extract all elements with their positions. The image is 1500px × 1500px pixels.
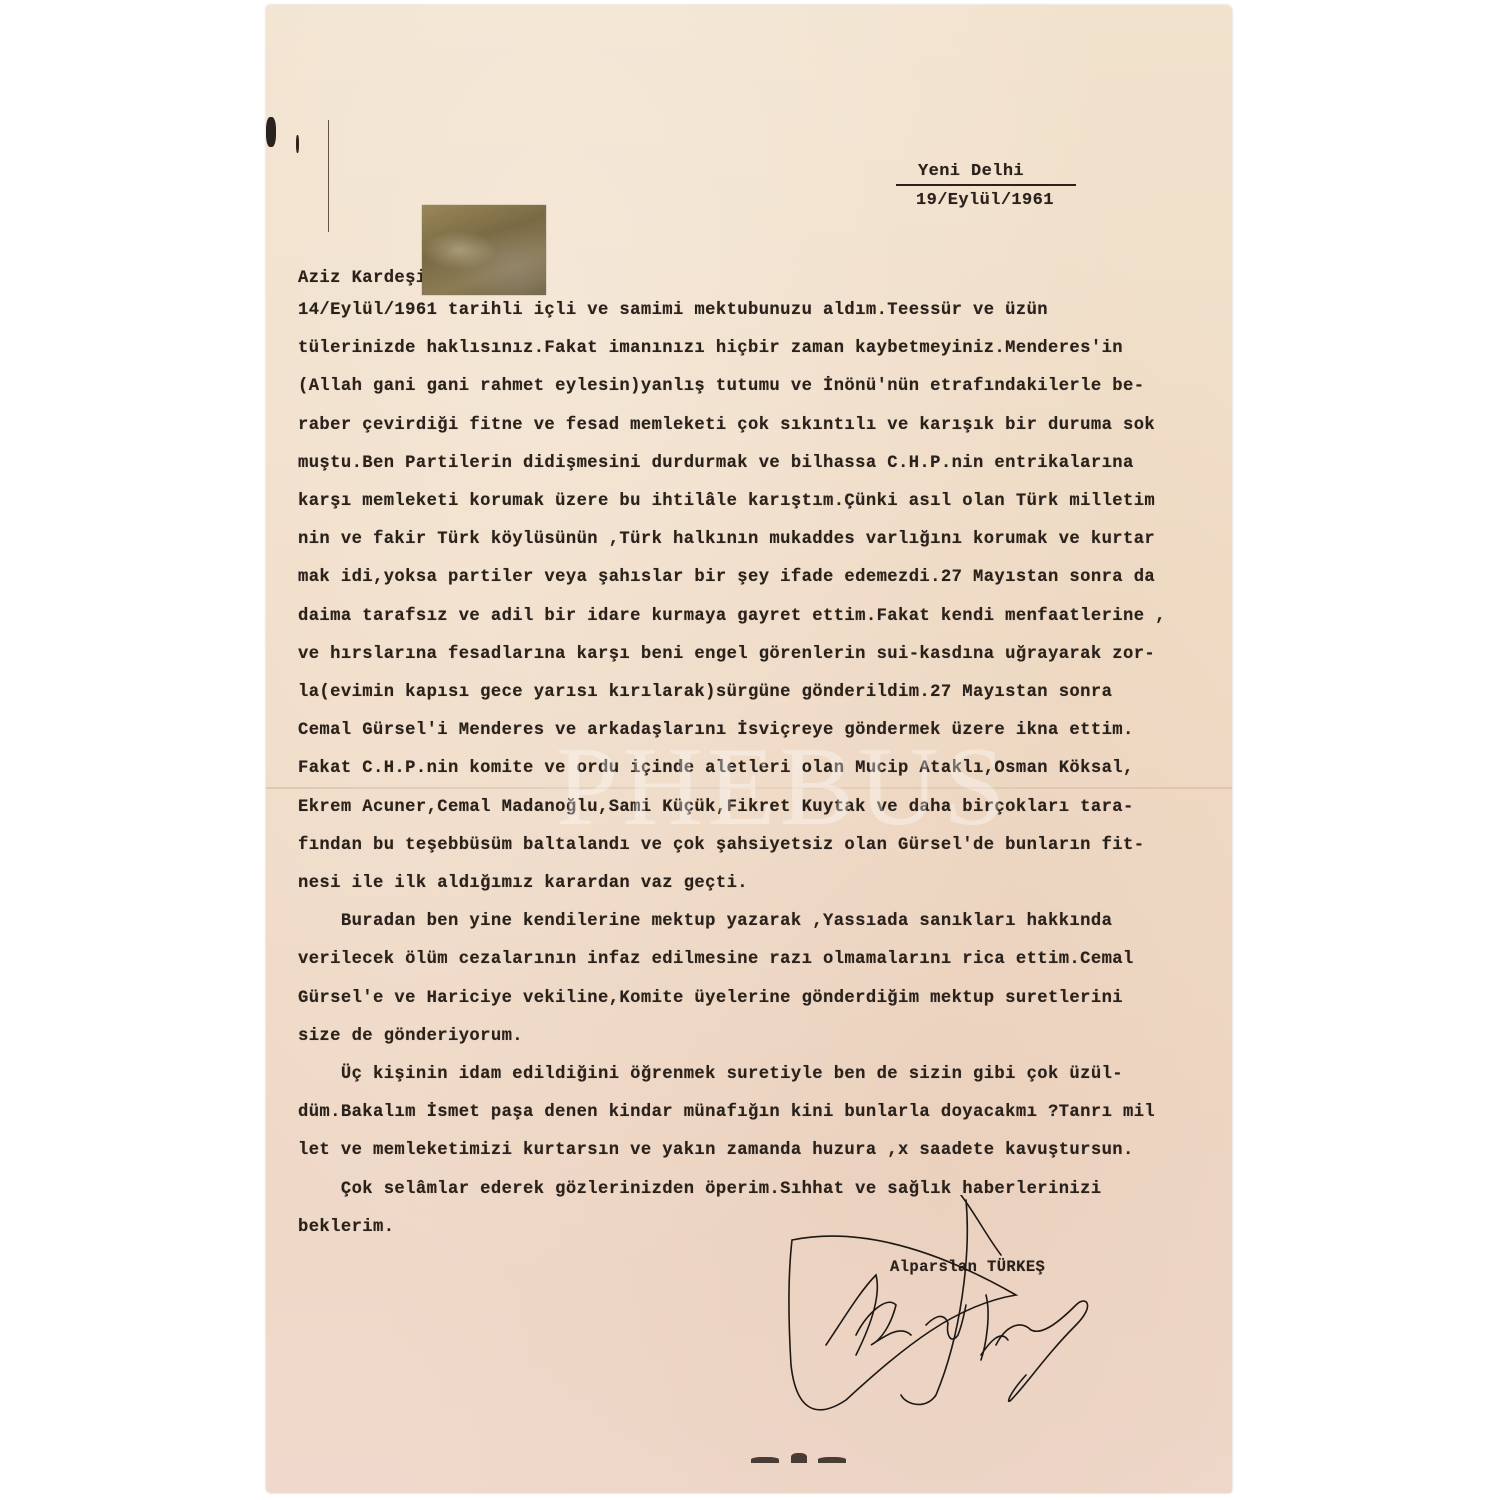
- paper-fold-crease: [266, 787, 1232, 789]
- letter-place: Yeni Delhi: [918, 162, 1024, 181]
- ink-mark: [818, 1457, 846, 1463]
- letter-line: düm.Bakalım İsmet paşa denen kindar müna…: [298, 1103, 1155, 1122]
- letter-line: Buradan ben yine kendilerine mektup yaza…: [298, 912, 1112, 931]
- margin-ink-mark: [328, 120, 329, 232]
- ink-blot: [296, 135, 299, 153]
- letter-line: karşı memleketi korumak üzere bu ihtilâl…: [298, 492, 1155, 511]
- place-underline: [896, 184, 1076, 186]
- letter-line: ve hırslarına fesadlarına karşı beni eng…: [298, 645, 1155, 664]
- letter-line: Fakat C.H.P.nin komite ve ordu içinde al…: [298, 759, 1134, 778]
- letter-line: nin ve fakir Türk köylüsünün ,Türk halkı…: [298, 530, 1155, 549]
- letter-line: Gürsel'e ve Hariciye vekiline,Komite üye…: [298, 989, 1123, 1008]
- letter-line: 14/Eylül/1961 tarihli içli ve samimi mek…: [298, 301, 1048, 320]
- letter-line: nesi ile ilk aldığımız karardan vaz geçt…: [298, 874, 748, 893]
- letter-line: Üç kişinin idam edildiğini öğrenmek sure…: [298, 1065, 1123, 1084]
- salutation: Aziz Kardeşim: [298, 269, 437, 288]
- letter-line: la(evimin kapısı gece yarısı kırılarak)s…: [298, 683, 1112, 702]
- redaction-tape: [422, 205, 546, 295]
- ink-blot: [266, 117, 276, 147]
- letter-line: Cemal Gürsel'i Menderes ve arkadaşlarını…: [298, 721, 1134, 740]
- letter-line: (Allah gani gani rahmet eylesin)yanlış t…: [298, 377, 1144, 396]
- letter-paper: Yeni Delhi 19/Eylül/1961 Aziz Kardeşim 1…: [266, 5, 1232, 1493]
- ink-mark: [751, 1457, 779, 1463]
- letter-date: 19/Eylül/1961: [916, 191, 1054, 210]
- letter-line: Ekrem Acuner,Cemal Madanoğlu,Sami Küçük,…: [298, 798, 1134, 817]
- letter-line: raber çevirdiği fitne ve fesad memleketi…: [298, 416, 1155, 435]
- letter-line: beklerim.: [298, 1218, 394, 1237]
- letter-line: mak idi,yoksa partiler veya şahıslar bir…: [298, 568, 1155, 587]
- letter-line: let ve memleketimizi kurtarsın ve yakın …: [298, 1141, 1134, 1160]
- letter-line: fından bu teşebbüsüm baltalandı ve çok ş…: [298, 836, 1144, 855]
- letter-line: daima tarafsız ve adil bir idare kurmaya…: [298, 607, 1166, 626]
- letter-line: tülerinizde haklısınız.Fakat imanınızı h…: [298, 339, 1123, 358]
- ink-mark: [791, 1453, 807, 1463]
- handwritten-signature: [786, 1195, 1116, 1415]
- letter-line: muştu.Ben Partilerin didişmesini durdurm…: [298, 454, 1134, 473]
- letter-line: verilecek ölüm cezalarının infaz edilmes…: [298, 950, 1134, 969]
- letter-line: size de gönderiyorum.: [298, 1027, 523, 1046]
